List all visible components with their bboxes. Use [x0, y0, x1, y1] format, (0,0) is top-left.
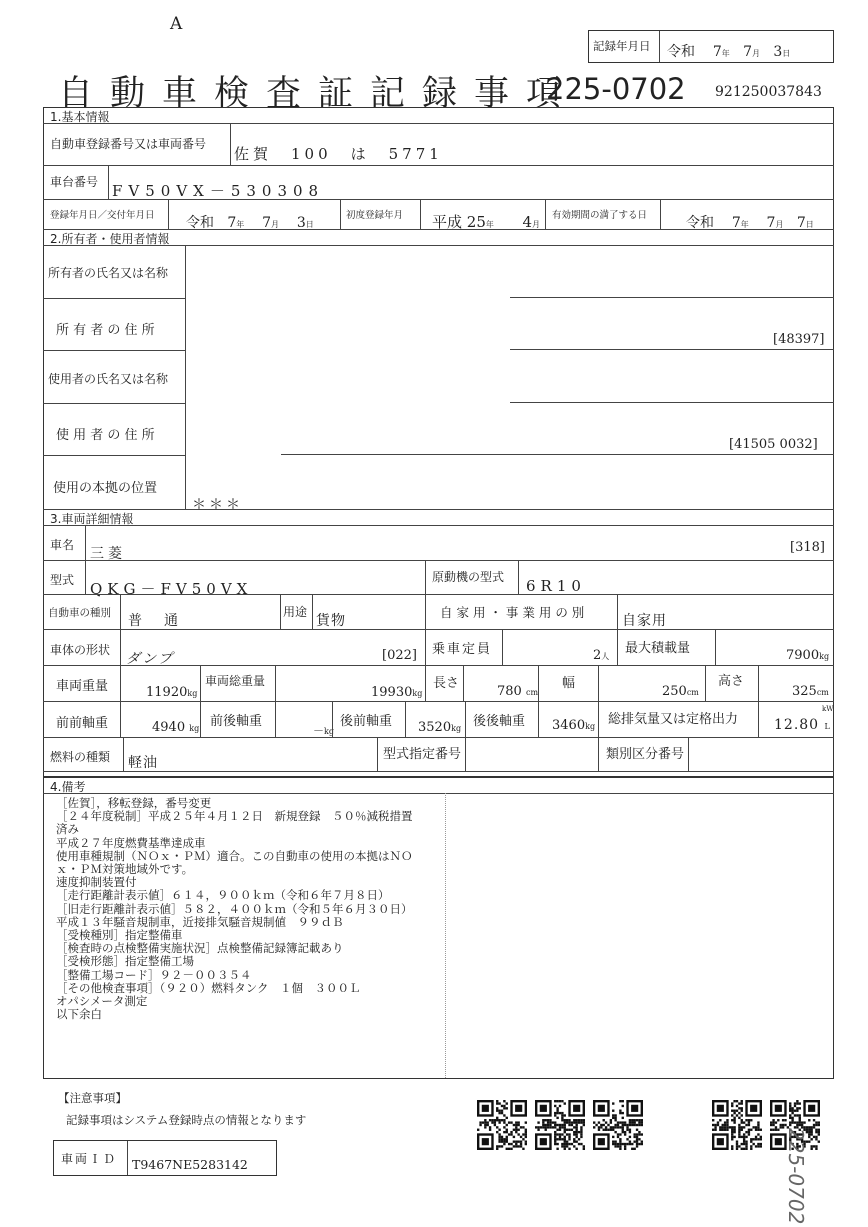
remark-line: ［走行距離計表示値］６１４，９００ｋｍ（令和６年７月８日） — [56, 889, 413, 902]
record-date-box: 記録年月日 令和 7年 7月 3日 — [588, 30, 834, 63]
handwritten-side-note: 225-0702 — [784, 1128, 808, 1224]
capacity-value: 2人 — [593, 648, 609, 663]
user-address-label: 使 用 者 の 住 所 — [56, 424, 155, 443]
body-shape-code: [022] — [382, 648, 417, 663]
model-value: QKG－FV50VX — [90, 578, 252, 599]
qr-code-3 — [593, 1100, 643, 1150]
body-shape-label: 車体の形状 — [50, 641, 110, 658]
width-label: 幅 — [562, 672, 575, 691]
remark-line: 平成２７年度燃費基準達成車 — [56, 837, 413, 850]
category-label: 類別区分番号 — [606, 743, 684, 762]
displacement-label: 総排気量又は定格出力 — [608, 708, 738, 727]
max-load-label: 最大積載量 — [625, 637, 690, 656]
notes-text: 記録事項はシステム登録時点の情報となります — [66, 1112, 306, 1128]
base-location-label: 使用の本拠の位置 — [53, 477, 157, 496]
reg-date-label: 登録年月日／交付年月日 — [50, 207, 155, 221]
rr-axle-value: 3460kg — [552, 718, 595, 733]
fr-axle-value: －kg — [313, 722, 334, 738]
private-business-value: 自家用 — [622, 610, 667, 630]
use-label: 用途 — [283, 603, 307, 620]
doc-number: 921250037843 — [715, 84, 822, 100]
ff-axle-label: 前前軸重 — [56, 712, 108, 731]
rf-axle-value: 3520kg — [418, 720, 461, 735]
kw-unit: kW — [822, 705, 833, 713]
fuel-value: 軽油 — [128, 752, 158, 772]
displacement-value: 12.80 L — [774, 717, 830, 733]
weight-label: 車両重量 — [56, 675, 108, 694]
length-value: 780 cm — [497, 684, 538, 699]
handwritten-code: 225-0702 — [546, 72, 686, 106]
rf-axle-label: 後前軸重 — [340, 710, 392, 729]
fr-axle-label: 前後軸重 — [210, 710, 262, 729]
chassis-label: 車台番号 — [50, 173, 98, 190]
remarks-list: ［佐賀］，移転登録，番号変更［２４年度税制］平成２５年４月１２日 新規登録 ５０… — [56, 797, 413, 1021]
fuel-label: 燃料の種類 — [50, 748, 110, 765]
type-designation-label: 型式指定番号 — [383, 743, 461, 762]
qr-code-1 — [477, 1100, 527, 1150]
qr-code-2 — [535, 1100, 585, 1150]
ff-axle-value: 4940 kg — [152, 720, 199, 735]
model-label: 型式 — [50, 571, 74, 588]
record-date-label: 記録年月日 — [593, 38, 651, 54]
rr-axle-label: 後後軸重 — [473, 710, 525, 729]
remark-line: ［旧走行距離計表示値］５８２，４００ｋｍ（令和５年６月３０日） — [56, 903, 413, 916]
capacity-label: 乗車定員 — [432, 638, 492, 657]
length-label: 長さ — [433, 672, 459, 691]
owner-name-label: 所有者の氏名又は名称 — [48, 264, 168, 281]
engine-label: 原動機の型式 — [432, 568, 504, 585]
remark-line: 以下余白 — [56, 1008, 413, 1021]
max-load-value: 7900kg — [786, 648, 829, 663]
owner-address-code: [48397] — [773, 332, 825, 347]
private-business-label: 自 家 用 ・ 事 業 用 の 別 — [440, 603, 584, 621]
remark-line: ［受検形態］指定整備工場 — [56, 955, 413, 968]
vehicle-id-label: 車両ＩＤ — [61, 1150, 117, 1167]
height-value: 325cm — [792, 684, 829, 699]
qr-code-4 — [712, 1100, 762, 1150]
user-name-label: 使用者の氏名又は名称 — [48, 370, 168, 387]
vehicle-class-value: 普 通 — [128, 610, 182, 630]
gross-weight-label: 車両総重量 — [205, 672, 265, 689]
user-address-code: [41505 0032] — [729, 437, 818, 452]
notes-title: 【注意事項】 — [58, 1090, 127, 1106]
vehicle-id-box: 車両ＩＤ T9467NE5283142 — [53, 1140, 277, 1176]
gross-weight-value: 19930kg — [371, 685, 422, 700]
form-letter: A — [170, 14, 182, 34]
use-value: 貨物 — [316, 610, 346, 630]
engine-value: 6R10 — [526, 577, 586, 595]
vehicle-id-value: T9467NE5283142 — [132, 1157, 248, 1172]
expiry-label: 有効期間の満了する日 — [552, 207, 647, 221]
reg-number-label: 自動車登録番号又は車両番号 — [50, 135, 206, 152]
reg-number-value: 佐賀 100 は 5771 — [234, 143, 443, 164]
remark-line: オパシメータ測定 — [56, 995, 413, 1008]
base-location-value: ＊＊＊ — [192, 494, 243, 514]
remark-line: 済み — [56, 823, 413, 836]
remark-line: ［整備工場コード］９２－００３５４ — [56, 969, 413, 982]
vehicle-class-label: 自動車の種別 — [48, 605, 111, 620]
weight-value: 11920kg — [146, 685, 197, 700]
maker-label: 車名 — [50, 536, 74, 553]
width-value: 250cm — [662, 684, 699, 699]
chassis-value: FV50VX－530308 — [112, 180, 324, 201]
remark-line: ［２４年度税制］平成２５年４月１２日 新規登録 ５０％減税措置 — [56, 810, 413, 823]
record-date-value: 令和 7年 7月 3日 — [667, 41, 790, 61]
height-label: 高さ — [718, 670, 744, 689]
owner-address-label: 所 有 者 の 住 所 — [56, 319, 155, 338]
maker-code: [318] — [790, 540, 825, 555]
first-reg-label: 初度登録年月 — [346, 207, 403, 221]
